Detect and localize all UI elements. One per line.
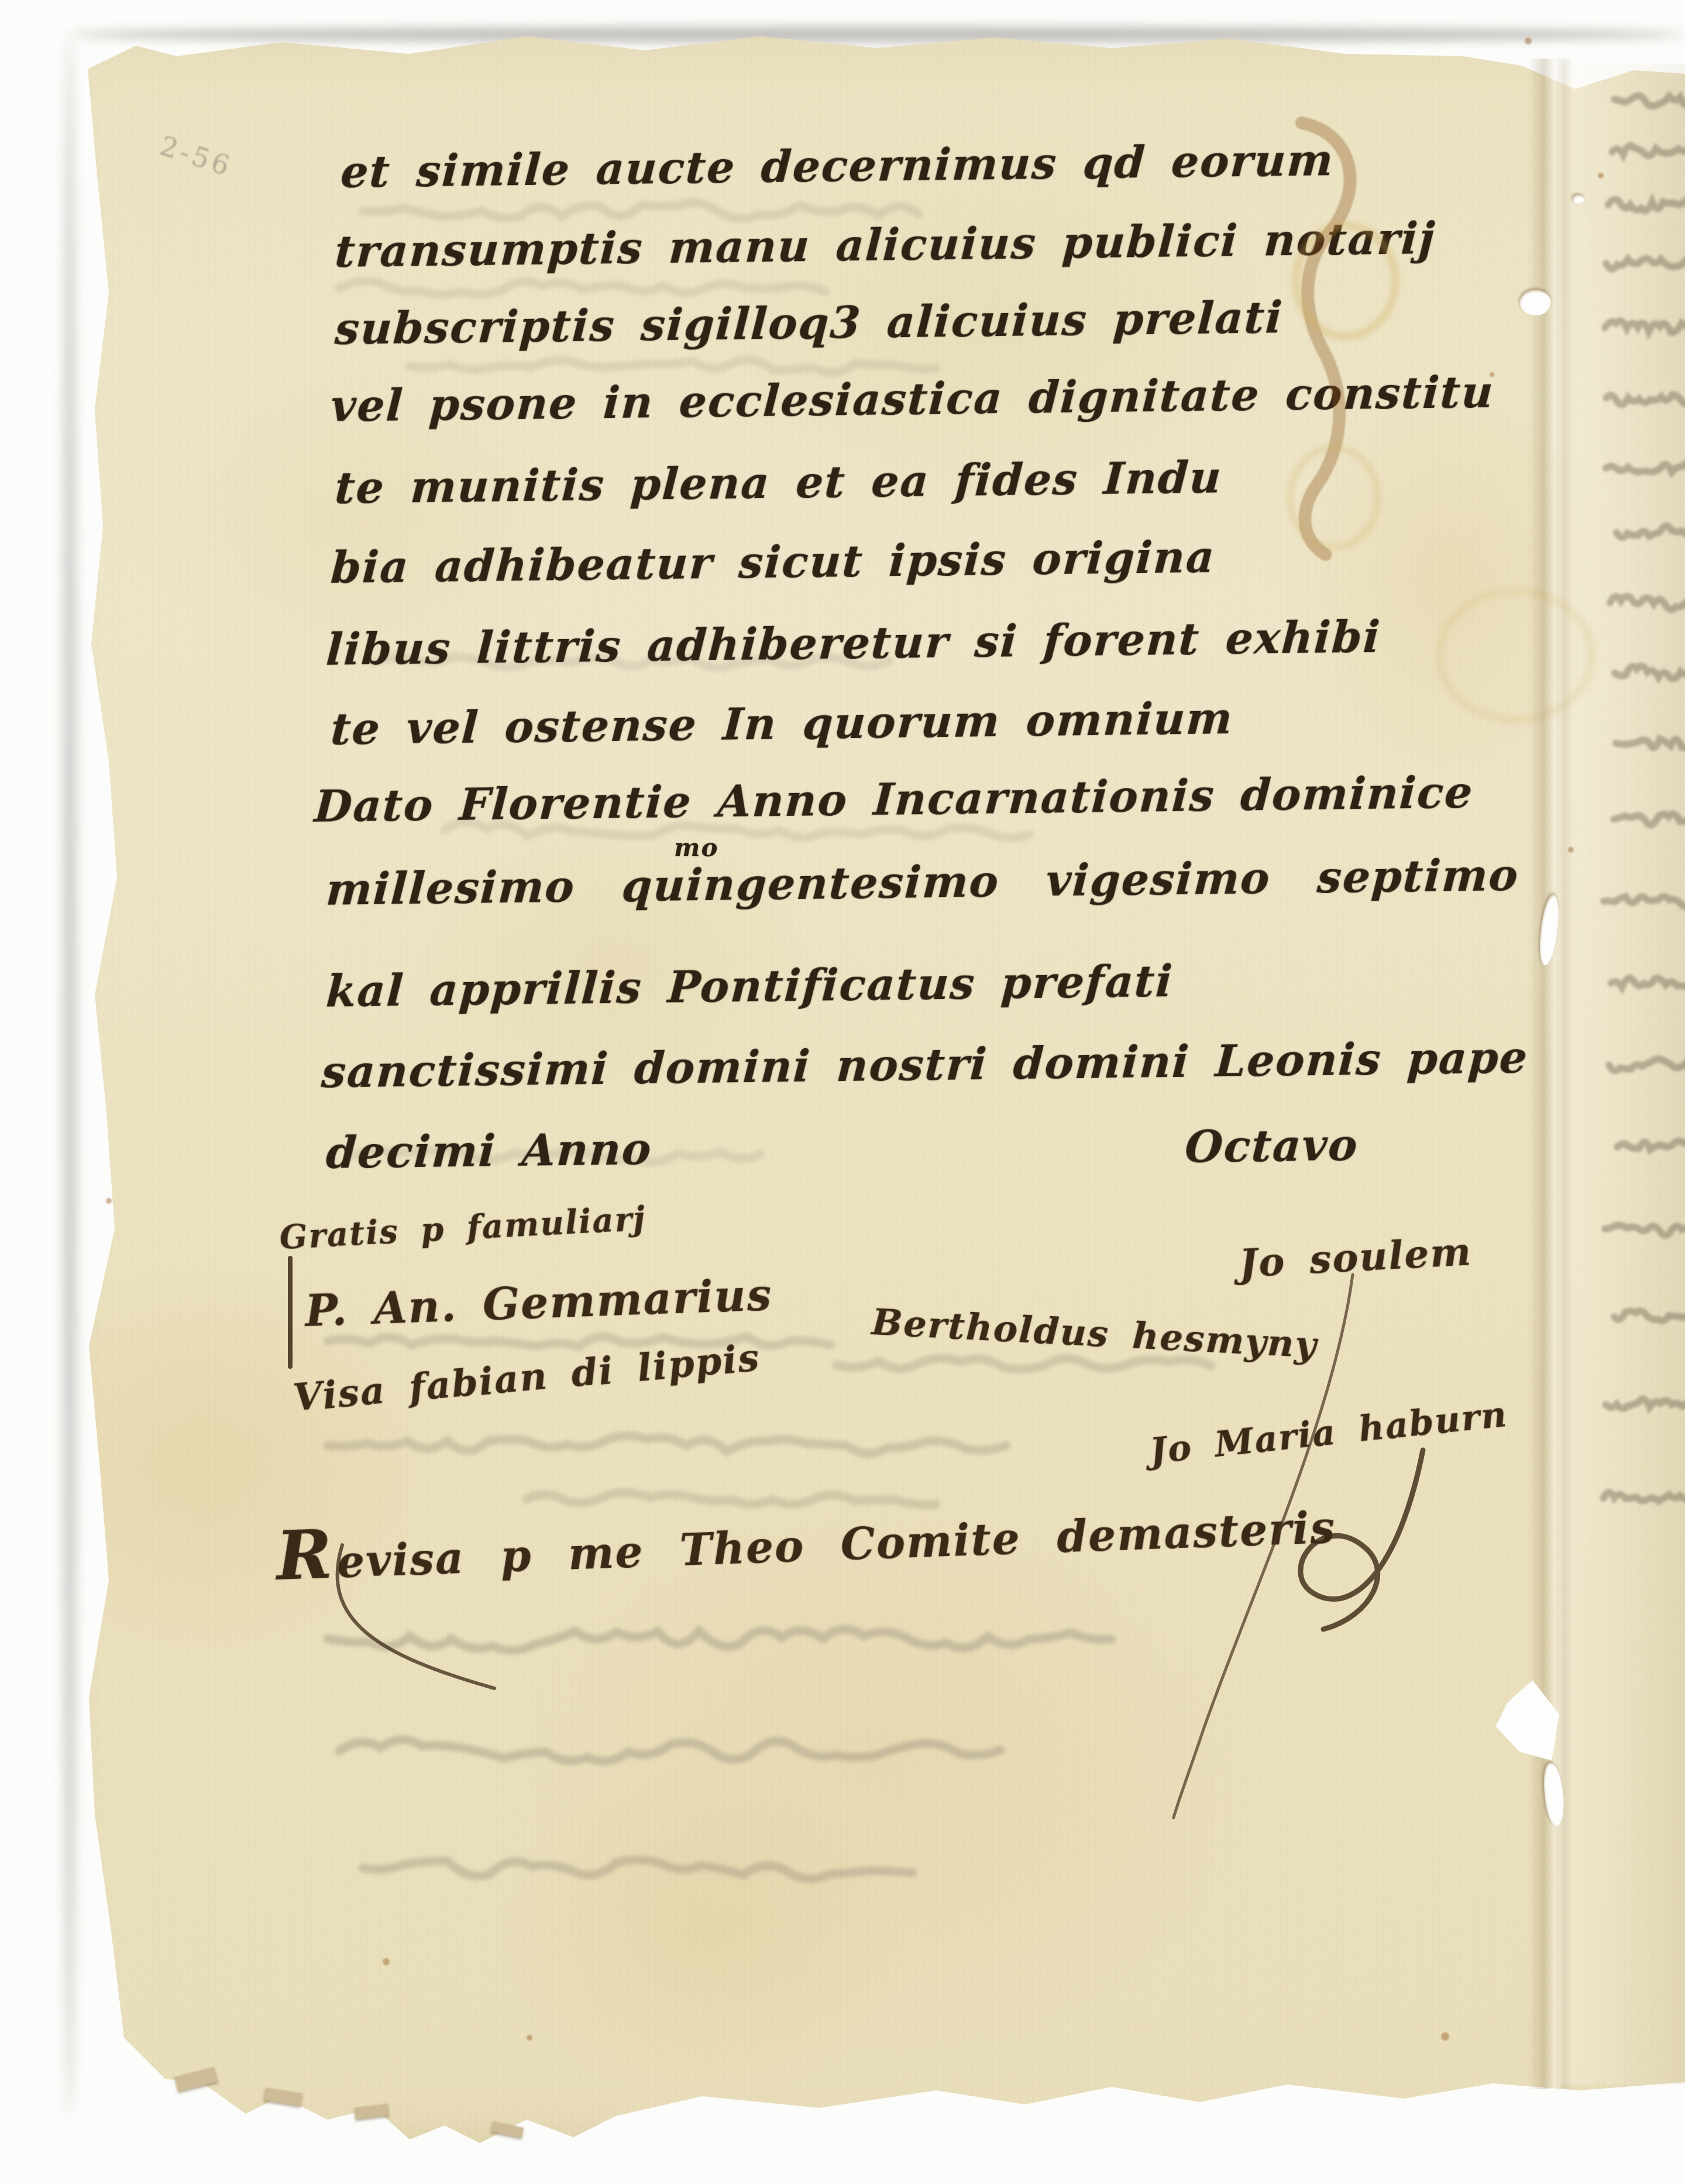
paper-hole [1573, 195, 1584, 204]
ink-flourishes-and-stains [0, 0, 1685, 2184]
scanned-manuscript: 2-56 et simile aucte decernimus qd eorum… [0, 0, 1685, 2184]
